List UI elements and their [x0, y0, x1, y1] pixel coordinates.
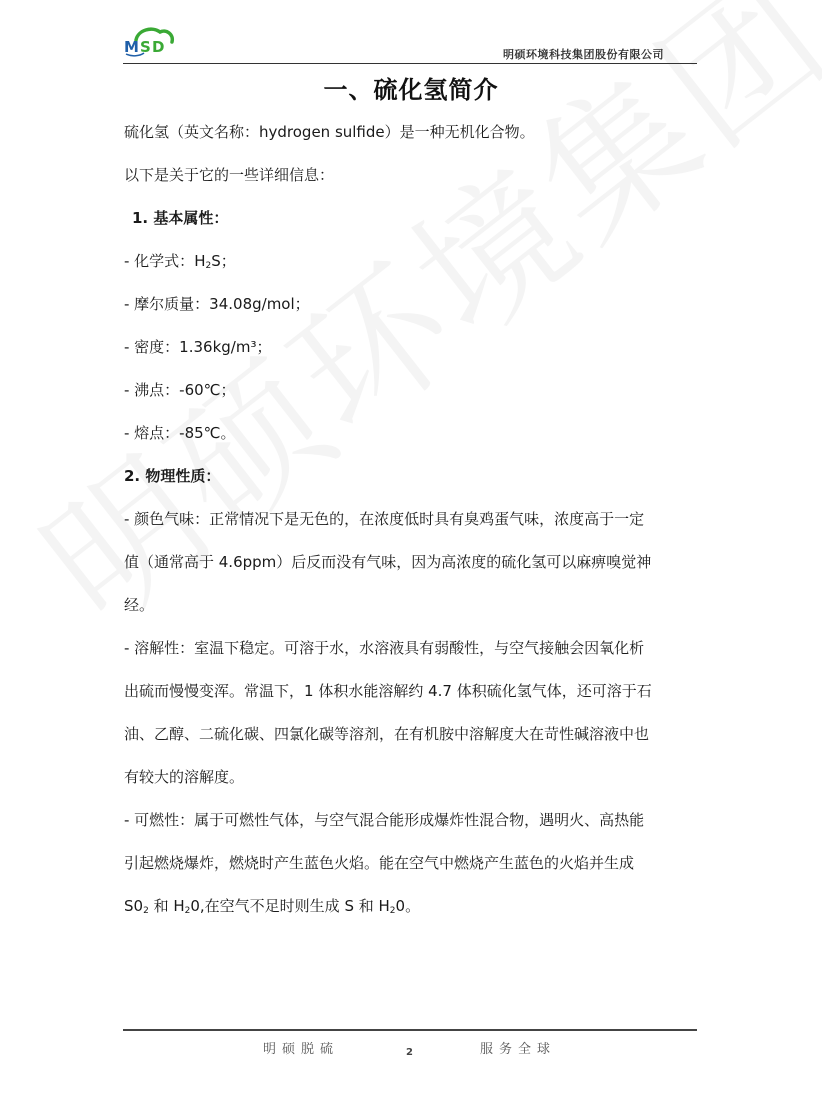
text-fragment: 0。: [396, 897, 421, 915]
msd-logo-icon: M S D: [122, 26, 178, 58]
property-melting-point: - 熔点：-85℃。: [124, 423, 236, 443]
page-number: 2: [406, 1047, 413, 1058]
flammability-line-2: 引起燃烧爆炸，燃烧时产生蓝色火焰。能在空气中燃烧产生蓝色的火焰并生成: [124, 853, 634, 873]
svg-text:S: S: [140, 38, 151, 56]
solubility-line-2: 出硫而慢慢变浑。常温下，1 体积水能溶解约 4.7 体积硫化氢气体，还可溶于石: [124, 681, 652, 701]
color-odor-line-3: 经。: [124, 595, 154, 615]
property-formula: - 化学式：H2S；: [124, 251, 236, 271]
intro-line-2: 以下是关于它的一些详细信息：: [124, 165, 334, 185]
header-divider: [123, 63, 697, 64]
footer-divider: [123, 1029, 697, 1031]
property-boiling-point: - 沸点：-60℃；: [124, 380, 236, 400]
flammability-line-1: - 可燃性：属于可燃性气体，与空气混合能形成爆炸性混合物，遇明火、高热能: [124, 810, 644, 830]
formula-s: S；: [211, 252, 236, 270]
footer-slogan-left: 明硕脱硫: [263, 1038, 339, 1057]
footer-slogan-right: 服务全球: [480, 1038, 556, 1057]
svg-text:M: M: [124, 38, 139, 56]
page-title: 一、硫化氢简介: [0, 70, 822, 105]
solubility-line-1: - 溶解性：室温下稳定。可溶于水，水溶液具有弱酸性，与空气接触会因氧化析: [124, 638, 644, 658]
property-density: - 密度：1.36kg/m³；: [124, 337, 271, 357]
text-fragment: 0,在空气不足时则生成 S 和 H: [190, 897, 389, 915]
text-fragment: S0: [124, 897, 143, 915]
property-molar-mass: - 摩尔质量：34.08g/mol；: [124, 294, 310, 314]
section-heading-physical-properties: 2. 物理性质：: [124, 466, 220, 486]
formula-h: H: [194, 252, 205, 270]
solubility-line-3: 油、乙醇、二硫化碳、四氯化碳等溶剂，在有机胺中溶解度大在苛性碱溶液中也: [124, 724, 649, 744]
text-fragment: 和 H: [149, 897, 185, 915]
company-name: 明硕环境科技集团股份有限公司: [503, 46, 664, 62]
color-odor-line-1: - 颜色气味：正常情况下是无色的，在浓度低时具有臭鸡蛋气味，浓度高于一定: [124, 509, 644, 529]
document-page: 明硕环境集团 M S D 明硕环境科技集团股份有限公司 一、硫化氢简介 硫化氢（…: [0, 0, 822, 1096]
intro-line-1: 硫化氢（英文名称：hydrogen sulfide）是一种无机化合物。: [124, 122, 535, 142]
flammability-line-3: S02 和 H20,在空气不足时则生成 S 和 H20。: [124, 896, 420, 916]
color-odor-line-2: 值（通常高于 4.6ppm）后反而没有气味，因为高浓度的硫化氢可以麻痹嗅觉神: [124, 552, 651, 572]
property-formula-label: - 化学式：: [124, 252, 194, 270]
solubility-line-4: 有较大的溶解度。: [124, 767, 244, 787]
svg-text:D: D: [152, 38, 164, 56]
company-logo: M S D: [122, 26, 178, 58]
section-heading-basic-properties: 1. 基本属性：: [132, 208, 228, 228]
